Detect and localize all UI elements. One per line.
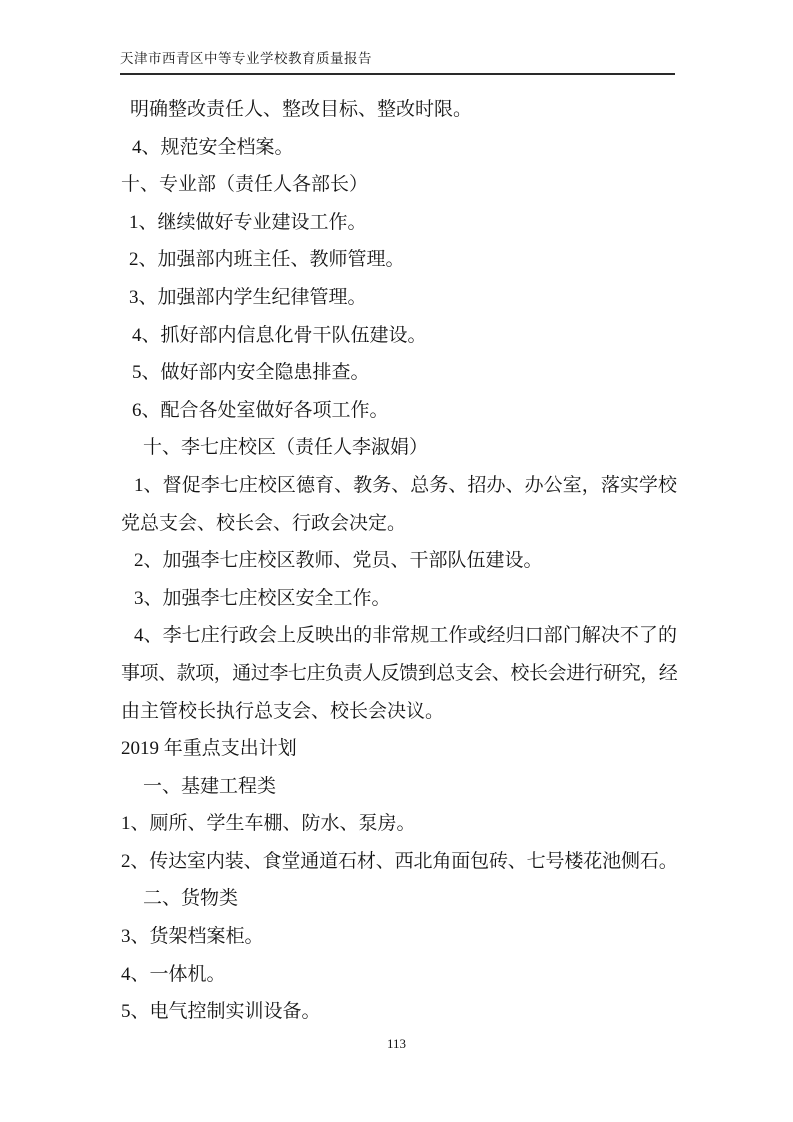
doc-line: 明确整改责任人、整改目标、整改时限。 bbox=[130, 91, 677, 129]
doc-line: 2、传达室内装、食堂通道石材、西北角面包砖、七号楼花池侧石。 bbox=[121, 843, 677, 881]
doc-line: 1、督促李七庄校区德育、教务、总务、招办、办公室，落实学校 bbox=[134, 467, 677, 505]
doc-line: 党总支会、校长会、行政会决定。 bbox=[121, 505, 677, 543]
page-header-title: 天津市西青区中等专业学校教育质量报告 bbox=[120, 51, 372, 66]
doc-line: 5、电气控制实训设备。 bbox=[121, 993, 677, 1031]
doc-line: 3、货架档案柜。 bbox=[121, 918, 677, 956]
doc-line: 4、一体机。 bbox=[121, 956, 677, 994]
document-body: 明确整改责任人、整改目标、整改时限。 4、规范安全档案。 十、专业部（责任人各部… bbox=[121, 91, 677, 1031]
doc-line: 3、加强部内学生纪律管理。 bbox=[129, 279, 677, 317]
doc-line: 5、做好部内安全隐患排查。 bbox=[132, 354, 677, 392]
doc-line: 6、配合各处室做好各项工作。 bbox=[132, 392, 677, 430]
page-footer: 113 bbox=[0, 1036, 793, 1052]
doc-line: 4、李七庄行政会上反映出的非常规工作或经归口部门解决不了的 bbox=[134, 617, 677, 655]
doc-line: 4、抓好部内信息化骨干队伍建设。 bbox=[132, 317, 677, 355]
document-page: 天津市西青区中等专业学校教育质量报告 明确整改责任人、整改目标、整改时限。 4、… bbox=[0, 0, 793, 1122]
section-heading: 2019 年重点支出计划 bbox=[121, 730, 677, 768]
page-number: 113 bbox=[387, 1036, 406, 1051]
doc-line: 4、规范安全档案。 bbox=[132, 129, 677, 167]
doc-line: 由主管校长执行总支会、校长会决议。 bbox=[121, 693, 677, 731]
section-heading: 十、专业部（责任人各部长） bbox=[121, 166, 677, 204]
page-header: 天津市西青区中等专业学校教育质量报告 bbox=[120, 50, 675, 75]
section-heading: 二、货物类 bbox=[143, 880, 677, 918]
doc-line: 2、加强部内班主任、教师管理。 bbox=[129, 241, 677, 279]
doc-line: 1、厕所、学生车棚、防水、泵房。 bbox=[121, 805, 677, 843]
doc-line: 2、加强李七庄校区教师、党员、干部队伍建设。 bbox=[134, 542, 677, 580]
section-heading: 一、基建工程类 bbox=[143, 768, 677, 806]
doc-line: 事项、款项，通过李七庄负责人反馈到总支会、校长会进行研究，经 bbox=[121, 655, 677, 693]
doc-line: 3、加强李七庄校区安全工作。 bbox=[134, 580, 677, 618]
doc-line: 1、继续做好专业建设工作。 bbox=[129, 204, 677, 242]
section-heading: 十、李七庄校区（责任人李淑娟） bbox=[143, 429, 677, 467]
